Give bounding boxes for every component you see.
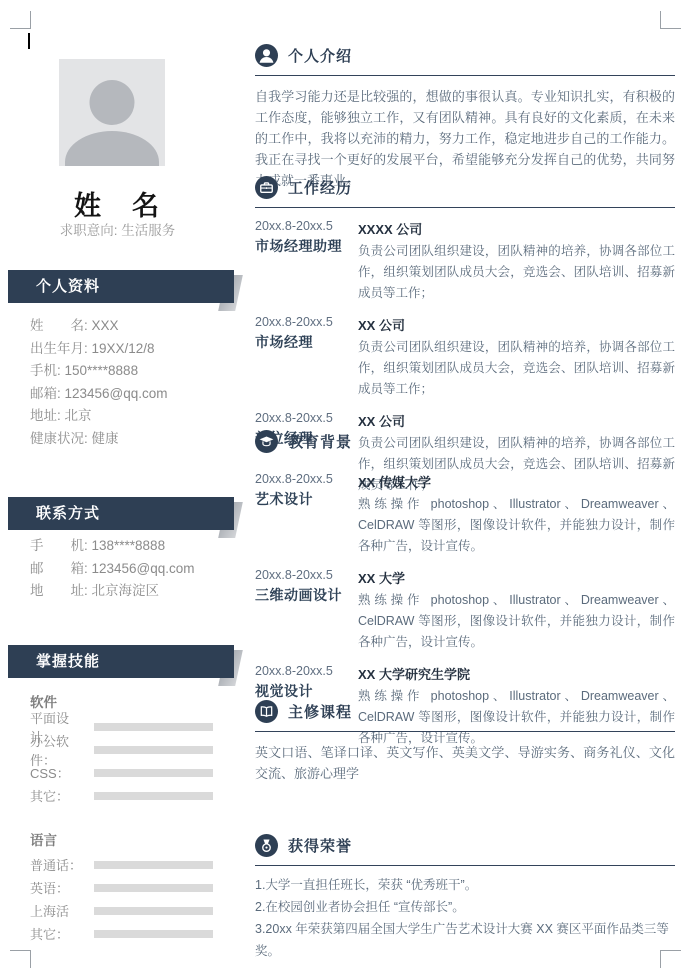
skill-bar xyxy=(94,769,213,777)
entry-description: 负责公司团队组织建设，团队精神的培养，协调各部位工作，组织策划团队成员大会，竞选… xyxy=(358,337,675,400)
education-entry: 20xx.8-20xx.5 艺术设计 XX 传媒大学 熟练操作 photosho… xyxy=(255,472,675,557)
language-skill-group: 语言 普通话： 英语： 上海活 其它： xyxy=(30,829,213,945)
entry-date: 20xx.8-20xx.5 xyxy=(255,664,358,678)
avatar-icon xyxy=(90,80,135,125)
section-header: 获得荣誉 xyxy=(255,834,675,866)
sidebar-header-skills: 掌握技能 xyxy=(8,645,234,678)
section-title: 教育背景 xyxy=(288,431,352,452)
list-item: 手机: 150****8888 xyxy=(30,360,168,383)
entry-date: 20xx.8-20xx.5 xyxy=(255,411,358,425)
skill-bar xyxy=(94,746,213,754)
entry-role: 市场经理助理 xyxy=(255,236,358,256)
list-item: 出生年月: 19XX/12/8 xyxy=(30,338,168,361)
entry-major: 视觉设计 xyxy=(255,681,358,701)
job-intent: 求职意向: 生活服务 xyxy=(0,219,235,239)
skill-row: CSS： xyxy=(30,761,213,784)
personal-info-list: 姓 名: XXX 出生年月: 19XX/12/8 手机: 150****8888… xyxy=(30,315,168,450)
section-title: 工作经历 xyxy=(288,177,352,198)
work-entry: 20xx.8-20xx.5 市场经理助理 XXXX 公司 负责公司团队组织建设，… xyxy=(255,219,675,304)
text-cursor xyxy=(28,33,30,49)
skill-row: 其它： xyxy=(30,784,213,807)
skill-bar xyxy=(94,723,213,731)
entry-description: 熟练操作 photoshop、Illustrator、Dreamweaver、C… xyxy=(358,590,675,653)
section-header: 工作经历 xyxy=(255,176,675,208)
list-item: 地址: 北京 xyxy=(30,405,168,428)
list-item: 健康状况: 健康 xyxy=(30,428,168,451)
open-book-icon xyxy=(255,700,278,723)
entry-role: 市场经理 xyxy=(255,332,358,352)
honors-list: 1.大学一直担任班长，荣获 “优秀班干”。 2.在校园创业者协会担任 “宣传部长… xyxy=(255,874,675,962)
education-entry: 20xx.8-20xx.5 三维动画设计 XX 大学 熟练操作 photosho… xyxy=(255,568,675,653)
graduation-cap-icon xyxy=(255,430,278,453)
photo-placeholder xyxy=(59,59,165,166)
skill-bar xyxy=(94,861,213,869)
section-title: 获得荣誉 xyxy=(288,835,352,856)
crop-mark-icon xyxy=(660,11,681,29)
courses-text: 英文口语、笔译口译、英文写作、英美文学、导游实务、商务礼仪、文化交流、旅游心理学 xyxy=(255,742,675,784)
crop-mark-icon xyxy=(10,950,31,968)
entry-description: 熟练操作 photoshop、Illustrator、Dreamweaver、C… xyxy=(358,494,675,557)
section-header: 主修课程 xyxy=(255,700,675,732)
section-courses: 主修课程 英文口语、笔译口译、英文写作、英美文学、导游实务、商务礼仪、文化交流、… xyxy=(255,700,675,784)
list-item: 手 机: 138****8888 xyxy=(30,535,195,558)
section-title: 联系方式 xyxy=(36,505,100,522)
entry-description: 负责公司团队组织建设，团队精神的培养，协调各部位工作，组织策划团队成员大会，竞选… xyxy=(358,241,675,304)
skills-block: 软件 平面设计： 办公软件： CSS： 其它： 语言 普通话： 英语： xyxy=(30,691,213,945)
list-item: 姓 名: XXX xyxy=(30,315,168,338)
list-item: 2.在校园创业者协会担任 “宣传部长”。 xyxy=(255,896,675,918)
entry-company: XX 公司 xyxy=(358,315,675,334)
entry-date: 20xx.8-20xx.5 xyxy=(255,219,358,233)
entry-company: XX 公司 xyxy=(358,411,675,430)
candidate-name: 姓 名 xyxy=(0,184,235,223)
contact-list: 手 机: 138****8888 邮 箱: 123456@qq.com 地 址:… xyxy=(30,535,195,603)
list-item: 1.大学一直担任班长，荣获 “优秀班干”。 xyxy=(255,874,675,896)
section-header: 教育背景 xyxy=(255,430,675,461)
skill-bar xyxy=(94,907,213,915)
entry-school: XX 传媒大学 xyxy=(358,472,675,491)
skill-label: 上海活 xyxy=(30,901,94,920)
resume-page: 姓 名 求职意向: 生活服务 个人资料 姓 名: XXX 出生年月: 19XX/… xyxy=(0,0,687,978)
skill-bar xyxy=(94,792,213,800)
skill-row: 英语： xyxy=(30,876,213,899)
section-title: 个人介绍 xyxy=(288,45,352,66)
user-icon xyxy=(255,44,278,67)
work-entry: 20xx.8-20xx.5 市场经理 XX 公司 负责公司团队组织建设，团队精神… xyxy=(255,315,675,400)
skill-label: CSS： xyxy=(30,763,94,782)
sidebar-header-contact: 联系方式 xyxy=(8,497,234,530)
skill-bar xyxy=(94,884,213,892)
skill-label: 其它： xyxy=(30,924,94,943)
section-title: 个人资料 xyxy=(36,278,100,295)
skill-row: 普通话： xyxy=(30,853,213,876)
skill-row: 上海活 xyxy=(30,899,213,922)
list-item: 3.20xx 年荣获第四届全国大学生广告艺术设计大赛 XX 赛区平面作品类三等奖… xyxy=(255,918,675,962)
section-honors: 获得荣誉 1.大学一直担任班长，荣获 “优秀班干”。 2.在校园创业者协会担任 … xyxy=(255,834,675,962)
section-title: 主修课程 xyxy=(288,701,352,722)
entry-school: XX 大学研究生学院 xyxy=(358,664,675,683)
list-item: 地 址: 北京海淀区 xyxy=(30,580,195,603)
entry-major: 三维动画设计 xyxy=(255,585,358,605)
sidebar-header-personal: 个人资料 xyxy=(8,270,234,303)
medal-icon xyxy=(255,834,278,857)
section-header: 个人介绍 xyxy=(255,44,675,76)
list-item: 邮箱: 123456@qq.com xyxy=(30,383,168,406)
entry-major: 艺术设计 xyxy=(255,489,358,509)
section-intro: 个人介绍 自我学习能力还是比较强的，想做的事很认真。专业知识扎实，有积极的工作态… xyxy=(255,44,675,191)
skill-label: 英语： xyxy=(30,878,94,897)
section-title: 掌握技能 xyxy=(36,653,100,670)
entry-school: XX 大学 xyxy=(358,568,675,587)
briefcase-icon xyxy=(255,176,278,199)
skill-label: 普通话： xyxy=(30,855,94,874)
skill-row: 办公软件： xyxy=(30,738,213,761)
skill-row: 其它： xyxy=(30,922,213,945)
entry-date: 20xx.8-20xx.5 xyxy=(255,472,358,486)
crop-mark-icon xyxy=(10,11,31,29)
skill-bar xyxy=(94,930,213,938)
skill-group-title: 语言 xyxy=(30,829,213,853)
list-item: 邮 箱: 123456@qq.com xyxy=(30,558,195,581)
avatar-icon xyxy=(65,131,159,166)
entry-date: 20xx.8-20xx.5 xyxy=(255,315,358,329)
entry-company: XXXX 公司 xyxy=(358,219,675,238)
entry-date: 20xx.8-20xx.5 xyxy=(255,568,358,582)
skill-label: 其它： xyxy=(30,786,94,805)
